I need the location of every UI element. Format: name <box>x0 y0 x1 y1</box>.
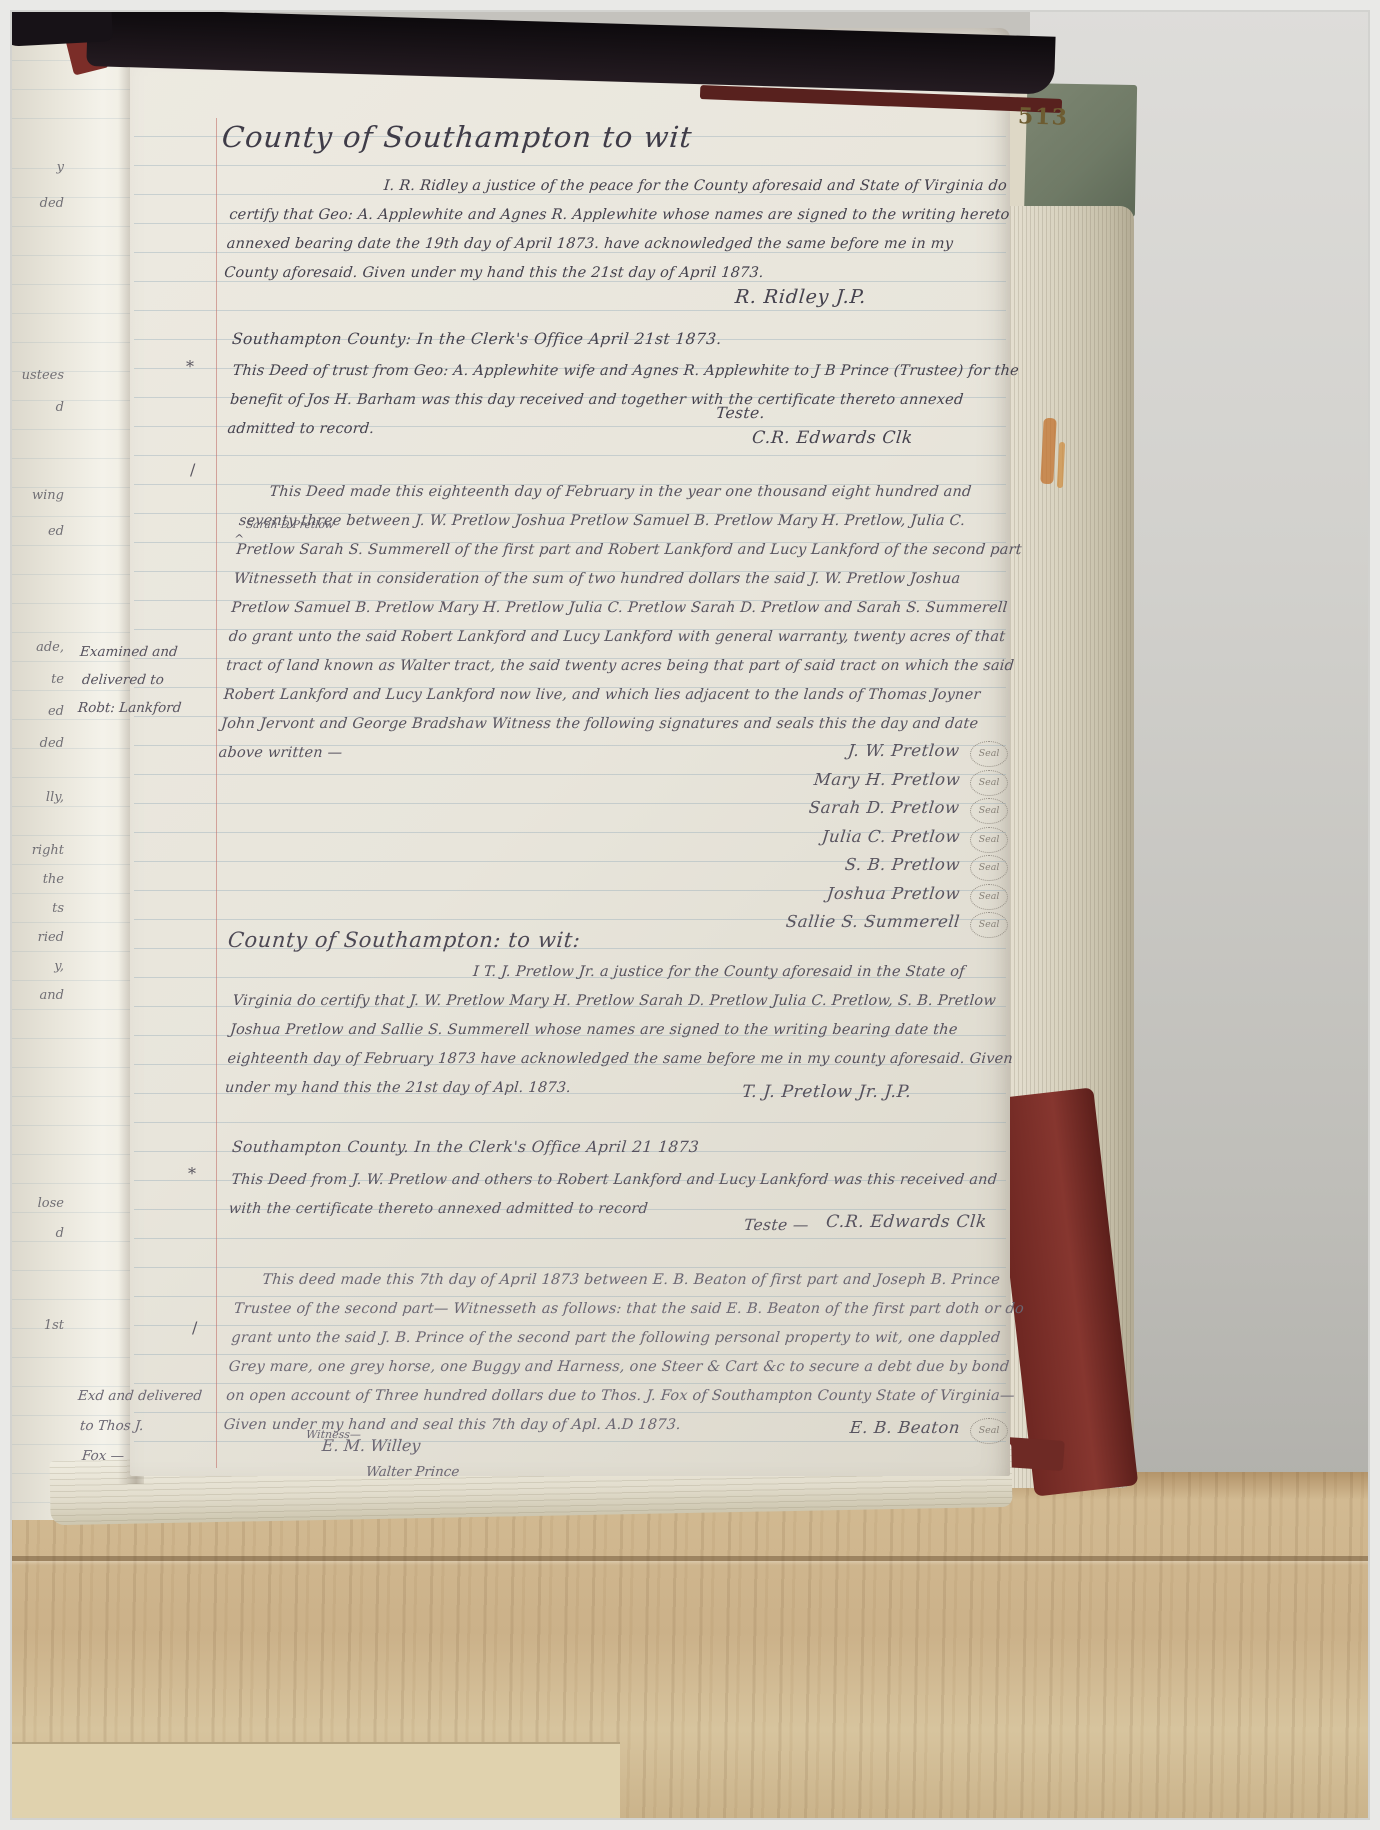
left-page-fragment: y, <box>2 959 64 974</box>
seal-mark: Seal <box>970 855 1008 881</box>
section-heading-county: County of Southampton to wit <box>221 120 694 154</box>
left-page-fragment: ustees <box>2 368 64 383</box>
left-page-fragment: ed <box>2 524 64 539</box>
section-heading-county: County of Southampton: to wit: <box>227 928 582 952</box>
left-page-fragment: te <box>2 672 64 687</box>
handwritten-text: County of Southampton to wit I. R. Ridle… <box>0 0 1380 1830</box>
clerk-signature: C.R. Edwards Clk <box>825 1212 988 1232</box>
margin-note-line: Robt: Lankford <box>77 694 229 722</box>
left-page-fragment: ded <box>2 196 64 211</box>
interlineation-caret: ^ <box>233 532 244 546</box>
seal-mark: Seal <box>970 741 1008 767</box>
seal-mark: Seal <box>970 1418 1008 1444</box>
margin-asterisk: * <box>186 357 194 376</box>
left-page-fragment: ded <box>2 736 64 751</box>
left-page-fragment: y <box>2 160 64 175</box>
acknowledgment-text: I. R. Ridley a justice of the peace for … <box>223 172 1015 288</box>
signatory-name: Sarah D. Pretlow <box>808 798 961 817</box>
seal-mark: Seal <box>970 827 1008 853</box>
justice-signature: T. J. Pretlow Jr. J.P. <box>741 1082 912 1102</box>
deed-signature-row: Joshua Pretlow Seal <box>640 884 1012 912</box>
left-page-fragment: ade, <box>2 640 64 655</box>
interlineation: Sarah D Pretlow <box>245 519 334 531</box>
deed-text: This deed made this 7th day of April 187… <box>222 1266 1037 1440</box>
margin-note-line: to Thos J. <box>79 1412 241 1440</box>
teste-label: Teste — <box>743 1216 809 1234</box>
seal-mark: Seal <box>970 770 1008 796</box>
left-page-fragment: d <box>2 400 64 415</box>
left-page-fragment: 1st <box>2 1318 64 1333</box>
deed-signature-row: E. B. Beaton Seal <box>640 1418 1012 1446</box>
seal-mark: Seal <box>970 912 1008 938</box>
clerk-signature: C.R. Edwards Clk <box>751 428 914 448</box>
left-page-fragment: lose <box>2 1196 64 1211</box>
margin-note-line: delivered to <box>81 666 225 694</box>
seal-mark: Seal <box>970 798 1008 824</box>
deed-signature-row: Julia C. Pretlow Seal <box>640 827 1012 855</box>
deed-signature-row: Sallie S. Summerell Seal <box>640 912 1012 940</box>
deed-text: This Deed made this eighteenth day of Fe… <box>217 478 1030 768</box>
left-page-fragment: ts <box>2 901 64 916</box>
left-page-fragment: wing <box>2 488 64 503</box>
signatory-name: S. B. Pretlow <box>844 855 961 874</box>
signatory-name: Sallie S. Summerell <box>785 912 961 931</box>
margin-asterisk: * <box>188 1164 196 1183</box>
witness-name: Walter Prince <box>365 1464 460 1480</box>
signatory-name: Mary H. Pretlow <box>813 770 961 789</box>
page-number: 513 <box>1018 103 1069 131</box>
margin-tick: / <box>192 1318 197 1337</box>
seal-mark: Seal <box>970 884 1008 910</box>
signatory-name: Joshua Pretlow <box>826 884 961 903</box>
deed-signature-row: Sarah D. Pretlow Seal <box>640 798 1012 826</box>
left-page-fragment: and <box>2 988 64 1003</box>
clerk-office-heading: Southampton County. In the Clerk's Offic… <box>231 1138 700 1156</box>
deed-signature-row: Mary H. Pretlow Seal <box>640 770 1012 798</box>
clerk-office-heading: Southampton County: In the Clerk's Offic… <box>231 330 722 348</box>
left-page-fragment: lly, <box>2 790 64 805</box>
witness-name: E. M. Willey <box>321 1436 421 1455</box>
deed-signature-row: S. B. Pretlow Seal <box>640 855 1012 883</box>
left-page-fragment: d <box>2 1226 64 1241</box>
margin-tick: / <box>190 460 195 479</box>
signatory-name: J. W. Pretlow <box>847 741 961 760</box>
left-page-fragment: the <box>2 872 64 887</box>
signatory-name: Julia C. Pretlow <box>821 827 961 846</box>
margin-note-line: Fox — <box>81 1442 243 1470</box>
teste-label: Teste. <box>715 404 766 422</box>
left-page-fragment: right <box>2 843 64 858</box>
left-page-fragment: ried <box>2 930 64 945</box>
ledger-photo: 513 County of Southampton to wit I. R. R… <box>0 0 1380 1830</box>
signatory-name: E. B. Beaton <box>849 1418 961 1437</box>
margin-note-line: Examined and <box>79 638 223 666</box>
left-page-fragment: ed <box>2 704 64 719</box>
justice-signature: R. Ridley J.P. <box>734 286 867 308</box>
deed-signature-row: J. W. Pretlow Seal <box>640 741 1012 769</box>
margin-note-line: Exd and delivered <box>77 1382 239 1410</box>
